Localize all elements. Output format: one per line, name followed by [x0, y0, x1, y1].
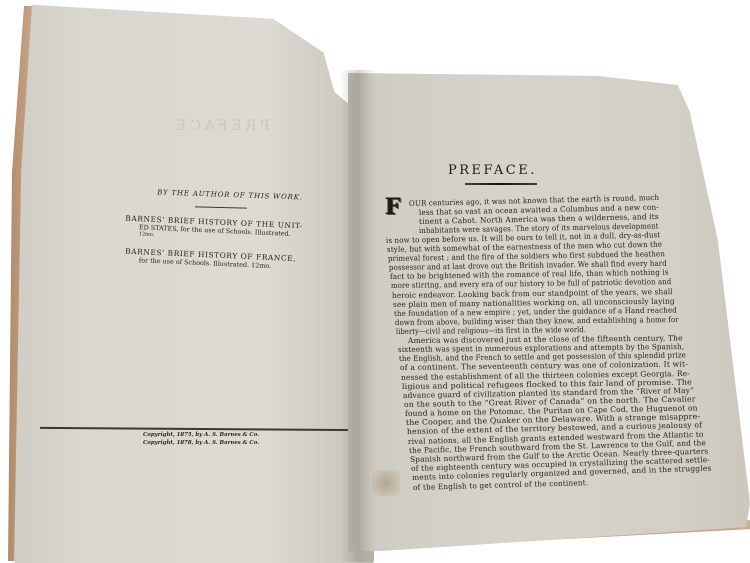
open-book-photo: PREFACE BY THE AUTHOR OF THIS WORK. BARN… [0, 0, 750, 563]
preface-body-text: OUR centuries ago, it was not known that… [0, 0, 750, 563]
